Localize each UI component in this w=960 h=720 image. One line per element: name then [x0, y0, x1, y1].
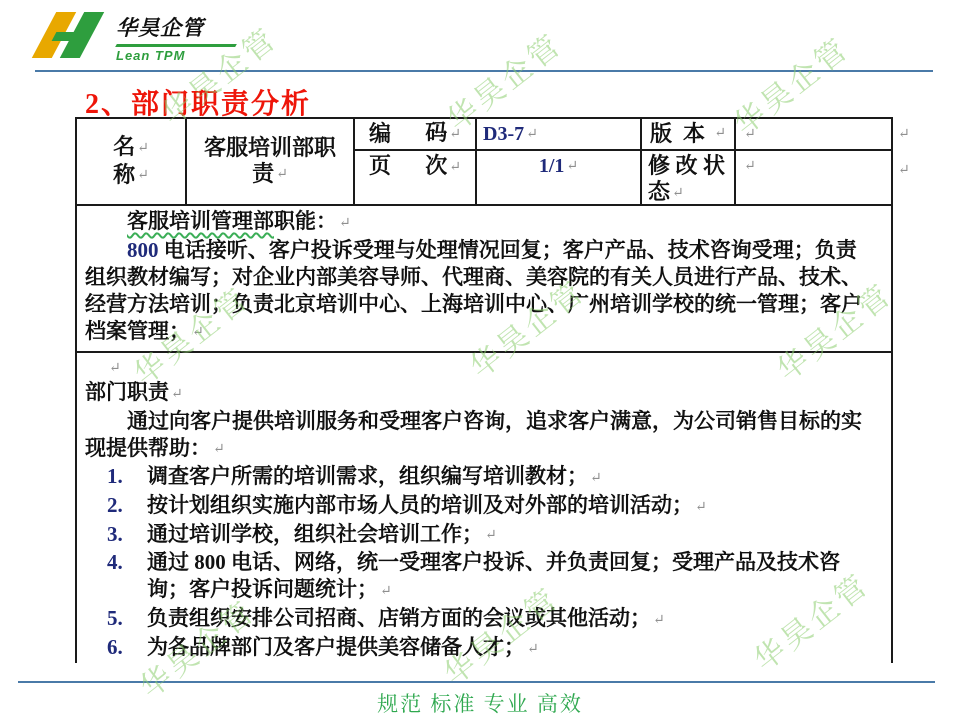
logo-rule [115, 44, 237, 47]
functions-line: 档案管理；↵ [85, 318, 883, 347]
code-value-cell: D3-7↵ [477, 119, 642, 151]
functions-line: 组织教材编写；对企业内部美容导师、代理商、美容院的有关人员进行产品、技术、 [85, 264, 883, 291]
version-label-cell: 版 本↵ [642, 119, 736, 151]
page-title: 2、部门职责分析 [85, 82, 311, 122]
pilcrow-mark: ↵ [107, 361, 121, 376]
company-logo: 华昊企管 Lean TPM [34, 8, 234, 66]
duties-section: ↵ 部门职责↵ 通过向客户提供培训服务和受理客户咨询，追求客户满意，为公司销售目… [77, 351, 891, 663]
duty-item: 4. 通过 800 电话、网络，统一受理客户投诉、并负责回复；受理产品及技术咨 … [85, 549, 883, 605]
slide: { "logo": { "brand": "华昊企管", "tagline": … [0, 0, 960, 720]
top-divider [35, 70, 933, 72]
duties-heading: 部门职责↵ [85, 379, 883, 408]
pilcrow-mark: ↵ [447, 160, 461, 175]
pilcrow-mark: ↵ [447, 127, 461, 142]
pilcrow-mark: ↵ [651, 613, 665, 628]
logo-mark-icon [34, 10, 112, 62]
functions-line: 经营方法培训；负责北京培训中心、上海培训中心、广州培训学校的统一管理；客户 [85, 291, 883, 318]
pilcrow-mark: ↵ [693, 500, 707, 515]
pilcrow-mark: ↵ [524, 127, 538, 142]
pilcrow-mark: ↵ [169, 387, 183, 402]
pilcrow-mark: ↵ [211, 442, 225, 457]
pilcrow-mark: ↵ [135, 168, 149, 183]
pilcrow-mark: ↵ [525, 642, 539, 657]
duties-intro-line: 现提供帮助：↵ [85, 435, 883, 464]
duty-item: 3. 通过培训学校，组织社会培训工作；↵ [85, 521, 883, 550]
pilcrow-mark: ↵ [190, 325, 204, 340]
footer-divider [18, 681, 935, 683]
version-value-cell: ↵ [736, 119, 891, 151]
pilcrow-mark: ↵ [564, 159, 578, 174]
pilcrow-mark: ↵ [337, 216, 351, 231]
pilcrow-mark: ↵ [898, 162, 910, 179]
duty-item: 2. 按计划组织实施内部市场人员的培训及对外部的培训活动；↵ [85, 492, 883, 521]
document-header: 名↵ 称↵ 客服培训部职 责↵ 编 码↵ D3-7↵ 版 本↵ ↵ 页 次↵ 1… [77, 119, 891, 206]
duty-item: 5. 负责组织安排公司招商、店销方面的会议或其他活动；↵ [85, 605, 883, 634]
pilcrow-mark: ↵ [742, 159, 756, 174]
code-label-cell: 编 码↵ [355, 119, 477, 151]
pilcrow-mark: ↵ [742, 127, 756, 142]
logo-tagline: Lean TPM [116, 48, 236, 63]
revision-label-cell: 修 改 状态↵ [642, 151, 736, 204]
revision-value-cell: ↵ [736, 151, 891, 204]
pilcrow-mark: ↵ [712, 121, 726, 147]
name-label-cell: 名↵ 称↵ [77, 119, 187, 204]
pilcrow-mark: ↵ [135, 141, 149, 156]
pilcrow-mark: ↵ [898, 126, 910, 143]
functions-line: 800 电话接听、客户投诉受理与处理情况回复；客户产品、技术咨询受理；负责 [85, 237, 883, 264]
duty-item: 1. 调查客户所需的培训需求，组织编写培训教材；↵ [85, 463, 883, 492]
duty-item: 7. 客户档案管理； ↵ [85, 663, 883, 664]
logo-brand-text: 华昊企管 [116, 12, 236, 42]
duties-intro-line: 通过向客户提供培训服务和受理客户咨询，追求客户满意，为公司销售目标的实 [85, 408, 883, 435]
page-value-cell: 1/1↵ [477, 151, 642, 204]
name-value-cell: 客服培训部职 责↵ [187, 119, 355, 204]
functions-section: 客服培训管理部职能：↵ 800 电话接听、客户投诉受理与处理情况回复；客户产品、… [77, 206, 891, 351]
document-table: 名↵ 称↵ 客服培训部职 责↵ 编 码↵ D3-7↵ 版 本↵ ↵ 页 次↵ 1… [75, 117, 893, 663]
duty-item: 6. 为各品牌部门及客户提供美容储备人才；↵ [85, 634, 883, 663]
empty-paragraph: ↵ [85, 355, 883, 379]
pilcrow-mark: ↵ [483, 528, 497, 543]
pilcrow-mark: ↵ [274, 167, 288, 182]
pilcrow-mark: ↵ [670, 186, 684, 201]
pilcrow-mark: ↵ [588, 471, 602, 486]
pilcrow-mark: ↵ [378, 584, 392, 599]
footer-slogan: 规范 标准 专业 高效 [0, 688, 960, 718]
page-label-cell: 页 次↵ [355, 151, 477, 204]
functions-heading: 客服培训管理部职能：↵ [85, 208, 883, 237]
